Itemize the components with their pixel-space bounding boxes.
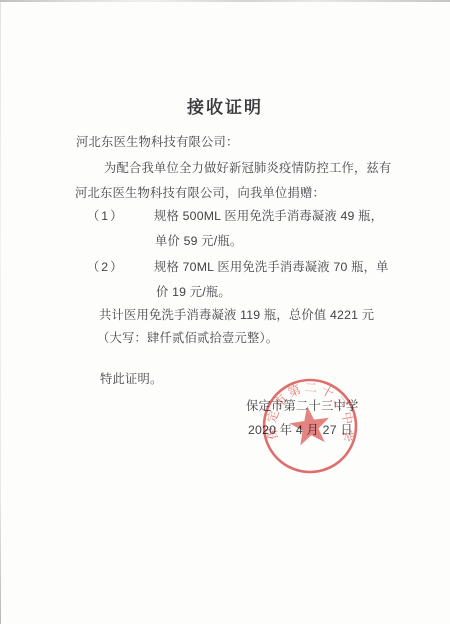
signature-date: 2020 年 4 月 27 日 [248,423,353,437]
scan-edge-top-artifact [0,0,450,2]
item-1-number: （1） [87,209,124,223]
item-1-text-line-2: 单价 59 元/瓶。 [155,234,242,248]
item-2-text-line-1: 规格 70ML 医用免洗手消毒凝液 70 瓶，单 [154,260,389,274]
recipient-company-line: 河北东医生物科技有限公司： [76,135,238,149]
item-2-number: （2） [87,260,124,274]
amount-in-words-line: （大写：肆仟贰佰贰拾壹元整）。 [97,331,278,345]
total-quantity-value-line: 共计医用免洗手消毒凝液 119 瓶，总价值 4221 元 [99,308,374,322]
scanned-certificate-page: 接收证明 河北东医生物科技有限公司： 为配合我单位全力做好新冠肺炎疫情防控工作，… [0,0,450,624]
item-1-text-line-1: 规格 500ML 医用免洗手消毒凝液 49 瓶， [154,209,383,223]
item-2-text-line-2: 价 19 元/瓶。 [156,285,231,299]
body-paragraph-line-1: 为配合我单位全力做好新冠肺炎疫情防控工作，兹有 [104,161,391,175]
document-title: 接收证明 [0,93,450,118]
body-paragraph-line-2: 河北东医生物科技有限公司，向我单位捐赠： [75,186,325,200]
closing-statement: 特此证明。 [100,372,163,386]
signature-organization: 保定市第二十三中学 [246,399,358,413]
